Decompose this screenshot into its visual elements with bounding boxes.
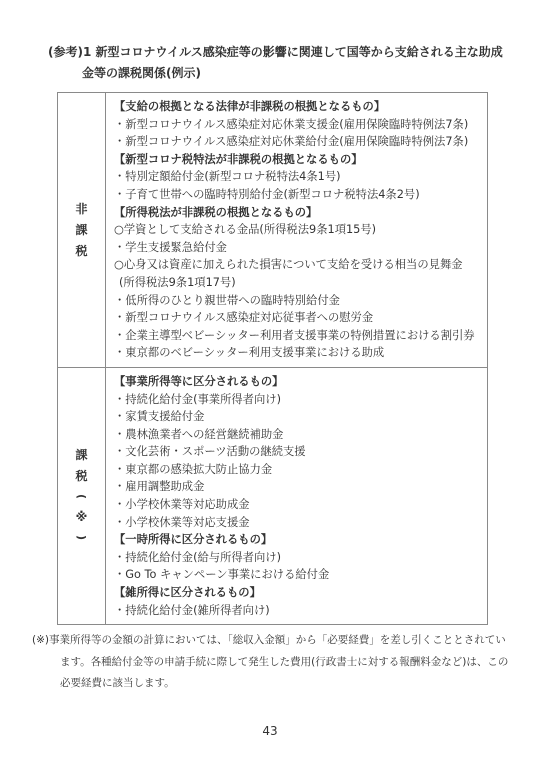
row-content: 【支給の根拠となる法律が非課税の根拠となるもの】・新型コロナウイルス感染症対応休… xyxy=(106,93,487,367)
table-line: ・新型コロナウイルス感染症対応従事者への慰労金 xyxy=(114,309,481,327)
page-title-line2: 金等の課税関係(例示) xyxy=(82,63,503,84)
table-line: (所得税法9条1項17号) xyxy=(114,274,481,292)
table-line: ・新型コロナウイルス感染症対応休業支援金(雇用保険臨時特例法7条) xyxy=(114,116,481,134)
table-line: ・持続化給付金(雑所得者向け) xyxy=(114,602,481,620)
table-row: 非課税【支給の根拠となる法律が非課税の根拠となるもの】・新型コロナウイルス感染症… xyxy=(58,93,487,367)
document-page: (参考)1 新型コロナウイルス感染症等の影響に関連して国等から支給される主な助成… xyxy=(0,0,540,764)
table-line: ・小学校休業等対応支援金 xyxy=(114,514,481,532)
table-line: ・家賃支援給付金 xyxy=(114,408,481,426)
category-heading: 【新型コロナ税特法が非課税の根拠となるもの】 xyxy=(114,151,481,169)
row-header-char: ※ xyxy=(76,511,88,523)
table-line: ・東京都の感染拡大防止協力金 xyxy=(114,461,481,479)
category-heading: 【支給の根拠となる法律が非課税の根拠となるもの】 xyxy=(114,98,481,116)
row-header-char: ) xyxy=(76,535,87,540)
page-number: 43 xyxy=(0,724,540,738)
table-line: ・文化芸術・スポーツ活動の継続支援 xyxy=(114,443,481,461)
table-line: ・小学校休業等対応助成金 xyxy=(114,496,481,514)
table-line: ・持続化給付金(給与所得者向け) xyxy=(114,549,481,567)
table-line: ・低所得のひとり親世帯への臨時特別給付金 xyxy=(114,292,481,310)
row-header-char: 非 xyxy=(75,203,87,215)
page-title-line1: (参考)1 新型コロナウイルス感染症等の影響に関連して国等から支給される主な助成 xyxy=(48,45,503,59)
category-heading: 【所得税法が非課税の根拠となるもの】 xyxy=(114,204,481,222)
row-header-char: 税 xyxy=(75,245,87,257)
table-line: ・子育て世帯への臨時特別給付金(新型コロナ税特法4条2号) xyxy=(114,186,481,204)
row-header-char: 課 xyxy=(75,224,87,236)
table-line: ・東京都のベビーシッター利用支援事業における助成 xyxy=(114,344,481,362)
table-line: ・特別定額給付金(新型コロナ税特法4条1号) xyxy=(114,168,481,186)
table-line: ○心身又は資産に加えられた損害について支給を受ける相当の見舞金 xyxy=(114,256,481,274)
row-header: 課税(※) xyxy=(58,368,106,624)
footnote-line: (※)事業所得等の金額の計算においては、「総収入金額」から「必要経費」を差し引く… xyxy=(32,630,522,652)
table-line: ・農林漁業者への経営継続補助金 xyxy=(114,426,481,444)
row-content: 【事業所得等に区分されるもの】・持続化給付金(事業所得者向け)・家賃支援給付金・… xyxy=(106,368,487,624)
footnote-line: ます。各種給付金等の申請手続に際して発生した費用(行政書士に対する報酬料金など)… xyxy=(32,652,522,674)
footnote: (※)事業所得等の金額の計算においては、「総収入金額」から「必要経費」を差し引く… xyxy=(32,630,522,695)
row-header-char: 課 xyxy=(75,449,87,461)
table-line: ・雇用調整助成金 xyxy=(114,478,481,496)
table-line: ・Go To キャンペーン事業における給付金 xyxy=(114,566,481,584)
table-line: ・学生支援緊急給付金 xyxy=(114,239,481,257)
category-heading: 【雑所得に区分されるもの】 xyxy=(114,584,481,602)
footnote-line: 必要経費に該当します。 xyxy=(32,673,522,695)
category-heading: 【事業所得等に区分されるもの】 xyxy=(114,373,481,391)
row-header-char: 税 xyxy=(75,470,87,482)
table-line: ○学資として支給される金品(所得税法9条1項15号) xyxy=(114,221,481,239)
row-header: 非課税 xyxy=(58,93,106,367)
tax-table: 非課税【支給の根拠となる法律が非課税の根拠となるもの】・新型コロナウイルス感染症… xyxy=(57,92,488,625)
page-title: (参考)1 新型コロナウイルス感染症等の影響に関連して国等から支給される主な助成… xyxy=(48,42,503,84)
table-line: ・持続化給付金(事業所得者向け) xyxy=(114,391,481,409)
table-row: 課税(※)【事業所得等に区分されるもの】・持続化給付金(事業所得者向け)・家賃支… xyxy=(58,367,487,624)
table-line: ・企業主導型ベビーシッター利用者支援事業の特例措置における割引券 xyxy=(114,327,481,345)
row-header-char: ( xyxy=(76,494,87,499)
table-line: ・新型コロナウイルス感染症対応休業給付金(雇用保険臨時特例法7条) xyxy=(114,133,481,151)
category-heading: 【一時所得に区分されるもの】 xyxy=(114,531,481,549)
